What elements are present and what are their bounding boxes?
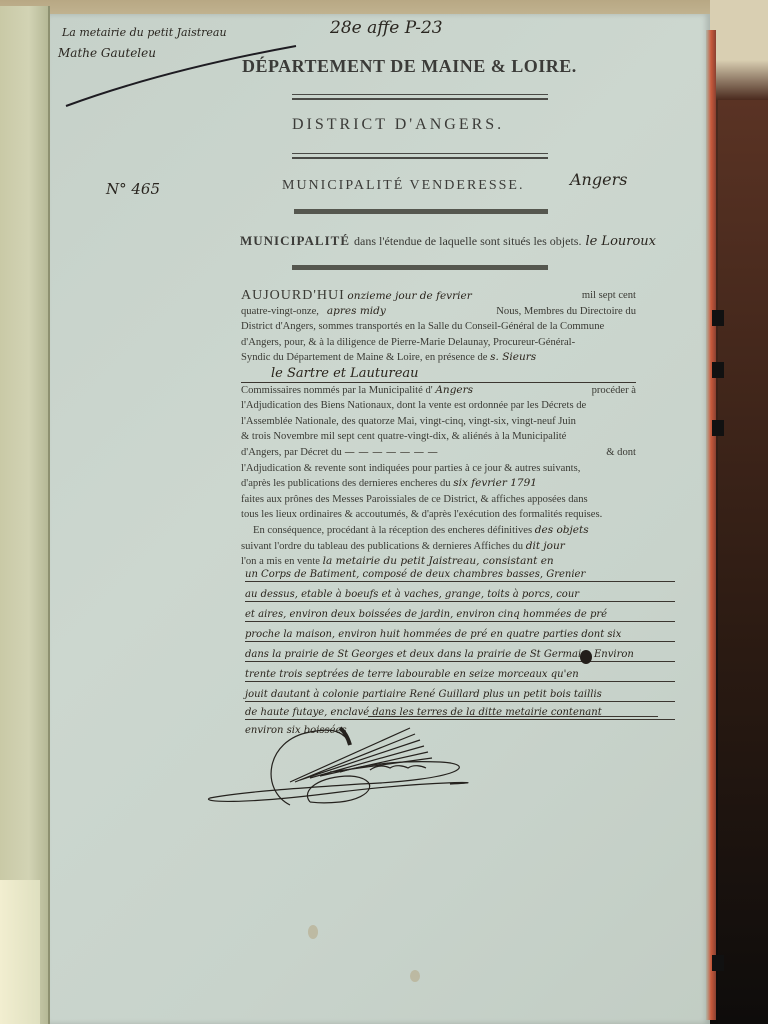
description-line: jouit dautant à colonie partiaire René G… — [245, 688, 675, 702]
municipality-location-label: MUNICIPALITÉ — [240, 233, 350, 248]
municipality-location-text: dans l'étendue de laquelle sont situés l… — [354, 234, 581, 248]
form-line: le Sartre et Lautureau — [241, 366, 636, 383]
form-line: Commissaires nommés par la Municipalité … — [241, 383, 636, 399]
reference-number: 28e affe P-23 — [330, 18, 443, 38]
form-line: faites aux prônes des Messes Paroissiale… — [241, 492, 636, 508]
municipality-location-row: MUNICIPALITÉ dans l'étendue de laquelle … — [240, 232, 656, 250]
description-line: trente trois septrées de terre labourabl… — [245, 668, 675, 682]
form-line: & trois Novembre mil sept cent quatre-vi… — [241, 429, 636, 445]
form-line: suivant l'ordre du tableau des publicati… — [241, 539, 636, 555]
form-line: En conséquence, procédant à la réception… — [241, 523, 636, 539]
form-body: AUJOURD'HUI onzieme jour de fevrier mil … — [241, 288, 636, 570]
description-line: un Corps de Batiment, composé de deux ch… — [245, 568, 675, 582]
page-tab — [712, 362, 724, 378]
description-line: proche la maison, environ huit hommées d… — [245, 628, 675, 642]
signature-flourish-icon — [200, 710, 500, 820]
description-line: au dessus, etable à boeufs et à vaches, … — [245, 588, 675, 602]
department-heading: DÉPARTEMENT DE MAINE & LOIRE. — [242, 56, 577, 77]
header-rule — [292, 153, 548, 159]
document-number: N° 465 — [106, 180, 160, 198]
description-line: dans la prairie de St Georges et deux da… — [245, 648, 675, 662]
form-line: Syndic du Département de Maine & Loire, … — [241, 350, 636, 366]
header-rule-thick — [294, 209, 548, 214]
header-rule-thick — [292, 265, 548, 270]
form-line: d'après les publications des dernieres e… — [241, 476, 636, 492]
municipality-location-value: le Louroux — [585, 234, 656, 249]
form-line: l'Adjudication & revente sont indiquées … — [241, 461, 636, 477]
page-stack-edge — [706, 30, 716, 1020]
form-line: AUJOURD'HUI onzieme jour de fevrier mil … — [241, 288, 636, 304]
description-line: et aires, environ deux boissées de jardi… — [245, 608, 675, 622]
page-tab — [712, 310, 724, 326]
left-facing-page — [0, 6, 50, 1024]
page-tab — [712, 420, 724, 436]
form-line: l'Adjudication des Biens Nationaux, dont… — [241, 398, 636, 414]
form-line: District d'Angers, sommes transportés en… — [241, 319, 636, 335]
form-line: quatre-vingt-onze, apres midy Nous, Memb… — [241, 304, 636, 320]
ink-blot — [580, 650, 592, 664]
paper-stain — [308, 925, 318, 939]
form-line: d'Angers, par Décret du — — — — — — — & … — [241, 445, 636, 461]
municipality-seller-value: Angers — [570, 170, 627, 189]
margin-note-property: La metairie du petit Jaistreau — [62, 26, 227, 39]
book-cover — [718, 100, 768, 1024]
district-heading: DISTRICT D'ANGERS. — [292, 116, 504, 134]
page-tab — [712, 955, 724, 971]
left-page-highlight — [0, 880, 40, 1024]
municipality-seller-label: MUNICIPALITÉ VENDERESSE. — [282, 178, 524, 194]
paper-stain — [410, 970, 420, 982]
form-line: l'Assemblée Nationale, des quatorze Mai,… — [241, 414, 636, 430]
header-rule — [292, 94, 548, 100]
form-line: d'Angers, pour, & à la diligence de Pier… — [241, 335, 636, 351]
form-line: tous les lieux ordinaires & accoutumés, … — [241, 507, 636, 523]
